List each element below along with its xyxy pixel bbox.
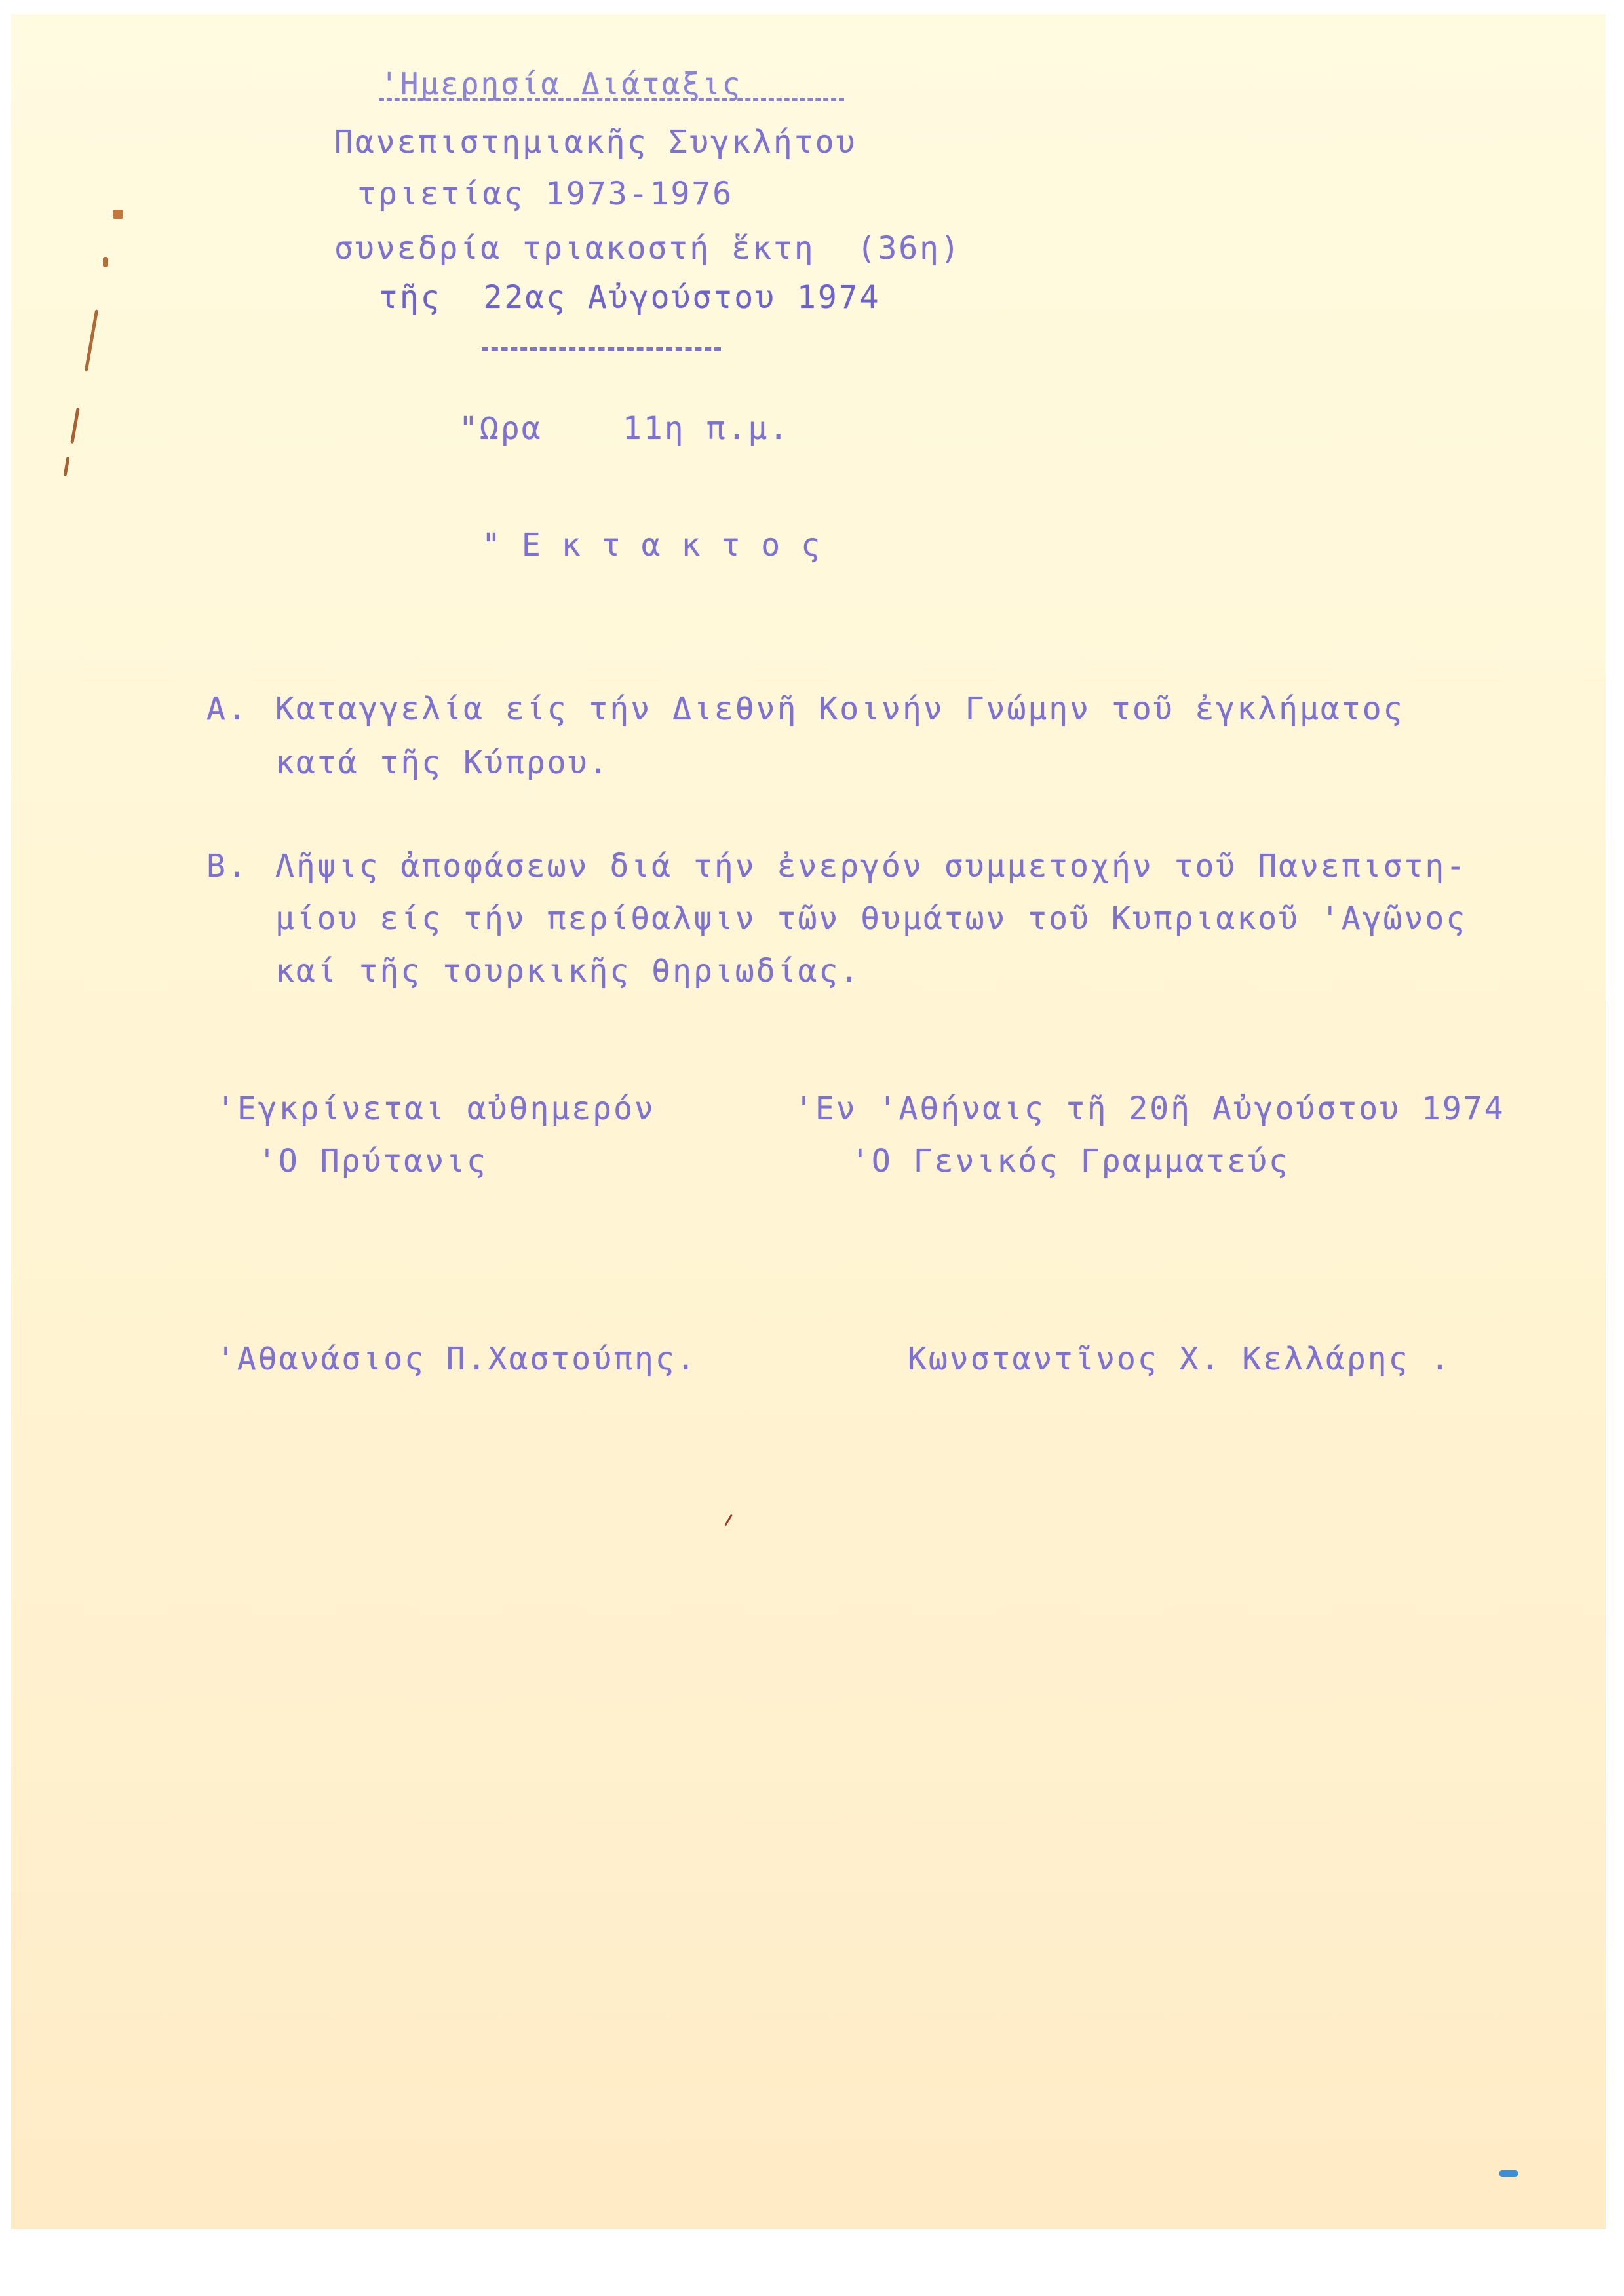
- rust-streak-2: [70, 408, 79, 444]
- agenda-a-line-2: κατά τῆς Κύπρου.: [275, 747, 609, 778]
- secretary-name: Κωνσταντῖνος Χ. Κελλάρης .: [908, 1343, 1451, 1375]
- title-underline: [379, 98, 844, 101]
- blue-spot: [1499, 2170, 1518, 2177]
- staple-mark-2: [103, 257, 108, 267]
- session-type: "Εκτακτος: [482, 529, 841, 561]
- agenda-b-line-2: μίου είς τήν περίθαλψιν τῶν θυμάτων τοῦ …: [275, 903, 1467, 934]
- time-label: "Ωρα: [459, 413, 543, 444]
- secretary-title: 'Ο Γενικός Γραμματεύς: [851, 1145, 1290, 1177]
- header-date: τῆς 22ας Αὐγούστου 1974: [379, 282, 881, 313]
- approval-text: 'Εγκρίνεται αὐθημερόν: [216, 1093, 655, 1124]
- place-date: 'Εν 'Αθήναις τῆ 20ῆ Αὐγούστου 1974: [794, 1093, 1505, 1124]
- rector-name: 'Αθανάσιος Π.Χαστούπης.: [216, 1343, 697, 1375]
- rust-streak-1: [85, 309, 98, 371]
- document-title: 'Ημερησία Διάταξις: [380, 69, 743, 99]
- pen-mark: [724, 1514, 733, 1527]
- agenda-a-line-1: Καταγγελία είς τήν Διεθνῆ Κοινήν Γνώμην …: [275, 693, 1404, 725]
- header-term: τριετίας 1973-1976: [357, 178, 733, 210]
- rector-title: 'Ο Πρύτανις: [258, 1145, 488, 1177]
- agenda-b-line-1: Λῆψις ἀποφάσεων διά τήν ἐνεργόν συμμετοχ…: [275, 851, 1467, 882]
- header-session: συνεδρία τριακοστή ἕκτη (36η): [334, 233, 961, 264]
- header-body-name: Πανεπιστημιακῆς Συγκλήτου: [334, 126, 857, 158]
- rust-streak-3: [63, 457, 69, 476]
- agenda-b-line-3: καί τῆς τουρκικῆς θηριωδίας.: [275, 955, 860, 987]
- header-rule: [482, 347, 721, 351]
- staple-mark-1: [113, 210, 123, 219]
- agenda-a-marker: Α.: [206, 693, 248, 725]
- agenda-b-marker: Β.: [206, 851, 248, 882]
- time-value: 11η π.μ.: [623, 413, 790, 444]
